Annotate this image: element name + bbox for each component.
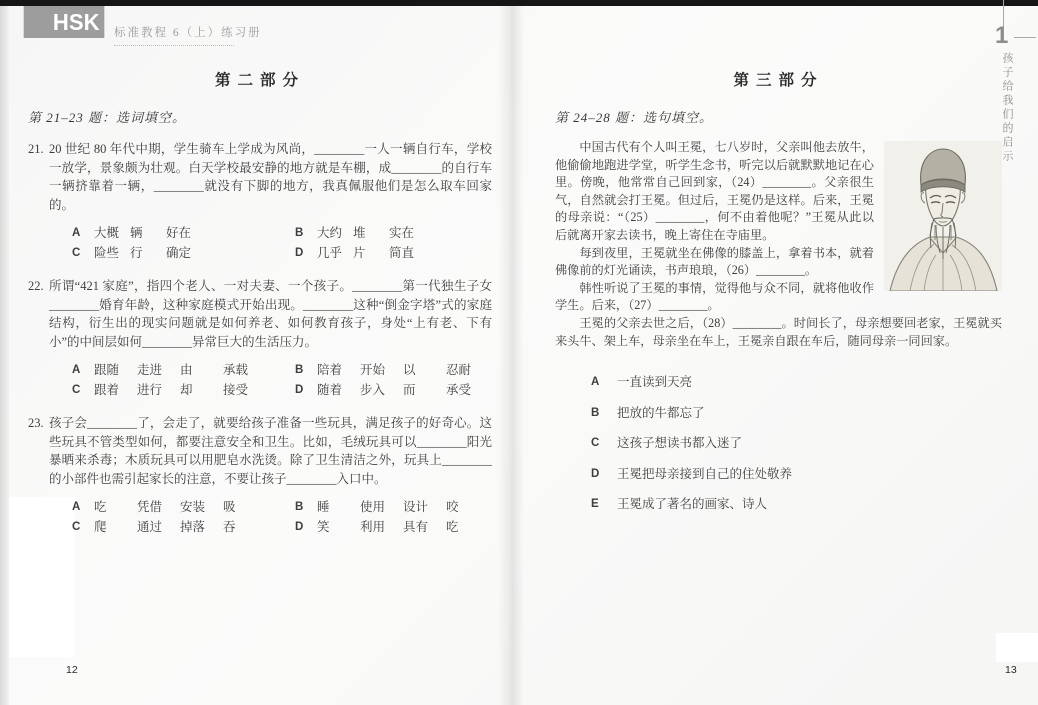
option-c: C 跟着 进行 却 接受 — [72, 380, 295, 400]
option-word: 承受 — [446, 380, 489, 400]
question-22-options: A 跟随 走进 由 承载 B 陪着 开始 以 忍耐 C 跟着 进行 却 接受 — [72, 360, 492, 400]
option-d: D 几乎 片 简直 — [295, 243, 425, 263]
option-c: C 爬 通过 掉落 吞 — [72, 517, 295, 537]
question-text: 20 世纪 80 年代中期，学生骑车上学成为风尚，________一人一辆自行车… — [49, 140, 492, 214]
sentence-option-e: E 王冕成了著名的画家、诗人 — [591, 496, 1002, 513]
option-c: C 险些 行 确定 — [72, 243, 295, 263]
option-text: 一直读到天亮 — [617, 374, 692, 391]
question-23: 23. 孩子会________了，会走了，就要给孩子准备一些玩具，满足孩子的好奇… — [28, 414, 492, 488]
option-d: D 随着 步入 而 承受 — [295, 380, 489, 400]
option-label: C — [72, 517, 94, 537]
option-word: 几乎 — [317, 243, 353, 263]
option-word: 简直 — [389, 243, 425, 263]
option-word: 辆 — [130, 223, 166, 243]
option-b: B 大约 堆 实在 — [295, 223, 425, 243]
option-text: 把放的牛都忘了 — [617, 405, 705, 422]
option-word: 而 — [403, 380, 446, 400]
option-row: C 跟着 进行 却 接受 D 随着 步入 而 承受 — [72, 380, 492, 400]
option-label: A — [591, 374, 617, 391]
option-word: 走进 — [137, 360, 180, 380]
wang-mian-portrait-image — [884, 141, 1002, 291]
sentence-option-a: A 一直读到天亮 — [591, 374, 1002, 391]
question-number: 21. — [28, 140, 49, 214]
option-d: D 笑 利用 具有 吃 — [295, 517, 489, 537]
option-word: 使用 — [360, 497, 403, 517]
option-word: 安装 — [180, 497, 223, 517]
chapter-tab-tick — [1014, 37, 1036, 38]
option-a: A 跟随 走进 由 承载 — [72, 360, 295, 380]
question-text: 所谓“421 家庭”，指四个老人、一对夫妻、一个孩子。________第一代独生… — [49, 277, 492, 351]
option-row: C 险些 行 确定 D 几乎 片 简直 — [72, 243, 492, 263]
option-word: 爬 — [94, 517, 137, 537]
option-word: 凭借 — [137, 497, 180, 517]
option-label: D — [295, 517, 317, 537]
sentence-option-b: B 把放的牛都忘了 — [591, 405, 1002, 422]
sentence-options: A 一直读到天亮 B 把放的牛都忘了 C 这孩子想读书都入迷了 D 王冕把母亲接… — [591, 374, 1002, 513]
option-row: C 爬 通过 掉落 吞 D 笑 利用 具有 吃 — [72, 517, 492, 537]
scan-white-patch-right — [996, 633, 1038, 662]
option-row: A 吃 凭借 安装 吸 B 睡 使用 设计 咬 — [72, 497, 492, 517]
option-word: 片 — [353, 243, 389, 263]
question-22: 22. 所谓“421 家庭”，指四个老人、一对夫妻、一个孩子。________第… — [28, 277, 492, 351]
option-b: B 睡 使用 设计 咬 — [295, 497, 489, 517]
option-word: 开始 — [360, 360, 403, 380]
option-word: 掉落 — [180, 517, 223, 537]
option-word: 实在 — [389, 223, 425, 243]
page-gutter-shadow — [498, 6, 524, 705]
reading-passage: 中国古代有个人叫王冕，七八岁时，父亲叫他去放牛，他偷偷地跑进学堂，听学生念书，听… — [555, 139, 1002, 350]
title-underline — [114, 45, 234, 46]
option-word: 吃 — [446, 517, 489, 537]
option-word: 吞 — [223, 517, 266, 537]
option-word: 进行 — [137, 380, 180, 400]
option-label: D — [295, 243, 317, 263]
book-title: 标准教程 6（上）练习册 — [114, 24, 262, 40]
option-word: 确定 — [166, 243, 202, 263]
right-page: 第三部分 第 24–28 题：选句填空。 中国古代有个人叫王冕 — [555, 68, 1002, 527]
old-man-sketch-icon — [884, 141, 1002, 291]
option-word: 跟随 — [94, 360, 137, 380]
option-text: 这孩子想读书都入迷了 — [617, 435, 742, 452]
option-label: E — [591, 496, 617, 513]
option-text: 王冕把母亲接到自己的住处敬养 — [617, 466, 792, 483]
option-label: A — [72, 360, 94, 380]
option-label: C — [72, 380, 94, 400]
option-word: 由 — [180, 360, 223, 380]
question-21: 21. 20 世纪 80 年代中期，学生骑车上学成为风尚，________一人一… — [28, 140, 492, 214]
left-page: 第二部分 第 21–23 题：选词填空。 21. 20 世纪 80 年代中期，学… — [28, 68, 492, 539]
option-word: 好在 — [166, 223, 202, 243]
option-word: 堆 — [353, 223, 389, 243]
option-label: B — [295, 360, 317, 380]
page-number-right: 13 — [1005, 664, 1017, 676]
option-word: 忍耐 — [446, 360, 489, 380]
option-b: B 陪着 开始 以 忍耐 — [295, 360, 489, 380]
option-word: 睡 — [317, 497, 360, 517]
option-a: A 大概 辆 好在 — [72, 223, 295, 243]
question-number: 23. — [28, 414, 49, 488]
option-row: A 大概 辆 好在 B 大约 堆 实在 — [72, 223, 492, 243]
page-number-left: 12 — [66, 664, 78, 676]
option-word: 设计 — [403, 497, 446, 517]
question-23-options: A 吃 凭借 安装 吸 B 睡 使用 设计 咬 C 爬 通过 掉落 吞 — [72, 497, 492, 537]
option-word: 承载 — [223, 360, 266, 380]
option-word: 吸 — [223, 497, 266, 517]
option-word: 跟着 — [94, 380, 137, 400]
part2-heading: 第二部分 — [28, 68, 492, 90]
sentence-option-d: D 王冕把母亲接到自己的住处敬养 — [591, 466, 1002, 483]
question-text: 孩子会________了，会走了，就要给孩子准备一些玩具，满足孩子的好奇心。这些… — [49, 414, 492, 488]
chapter-number: 1 — [995, 22, 1008, 50]
option-word: 吃 — [94, 497, 137, 517]
part3-heading: 第三部分 — [555, 68, 1002, 90]
option-label: B — [295, 497, 317, 517]
passage-paragraph: 王冕的父亲去世之后，（28）________。时间长了，母亲想要回老家，王冕就买… — [555, 315, 1002, 350]
option-word: 大概 — [94, 223, 130, 243]
option-word: 却 — [180, 380, 223, 400]
option-word: 陪着 — [317, 360, 360, 380]
option-word: 通过 — [137, 517, 180, 537]
option-label: A — [72, 497, 94, 517]
option-label: C — [591, 435, 617, 452]
option-word: 随着 — [317, 380, 360, 400]
part2-instructions: 第 21–23 题：选词填空。 — [28, 107, 492, 126]
option-word: 利用 — [360, 517, 403, 537]
option-text: 王冕成了著名的画家、诗人 — [617, 496, 767, 513]
sentence-option-c: C 这孩子想读书都入迷了 — [591, 435, 1002, 452]
question-21-options: A 大概 辆 好在 B 大约 堆 实在 C 险些 行 确定 D 几乎 片 — [72, 223, 492, 263]
option-label: D — [591, 466, 617, 483]
option-label: B — [591, 405, 617, 422]
option-label: C — [72, 243, 94, 263]
option-word: 以 — [403, 360, 446, 380]
option-row: A 跟随 走进 由 承载 B 陪着 开始 以 忍耐 — [72, 360, 492, 380]
option-word: 咬 — [446, 497, 489, 517]
hsk-logo: HSK — [24, 6, 105, 38]
option-word: 笑 — [317, 517, 360, 537]
question-number: 22. — [28, 277, 49, 351]
option-word: 大约 — [317, 223, 353, 243]
option-word: 步入 — [360, 380, 403, 400]
option-word: 行 — [130, 243, 166, 263]
option-word: 具有 — [403, 517, 446, 537]
option-word: 险些 — [94, 243, 130, 263]
option-label: A — [72, 223, 94, 243]
option-label: B — [295, 223, 317, 243]
option-label: D — [295, 380, 317, 400]
option-a: A 吃 凭借 安装 吸 — [72, 497, 295, 517]
part3-instructions: 第 24–28 题：选句填空。 — [555, 107, 1002, 126]
option-word: 接受 — [223, 380, 266, 400]
scan-edge-left — [0, 6, 9, 705]
